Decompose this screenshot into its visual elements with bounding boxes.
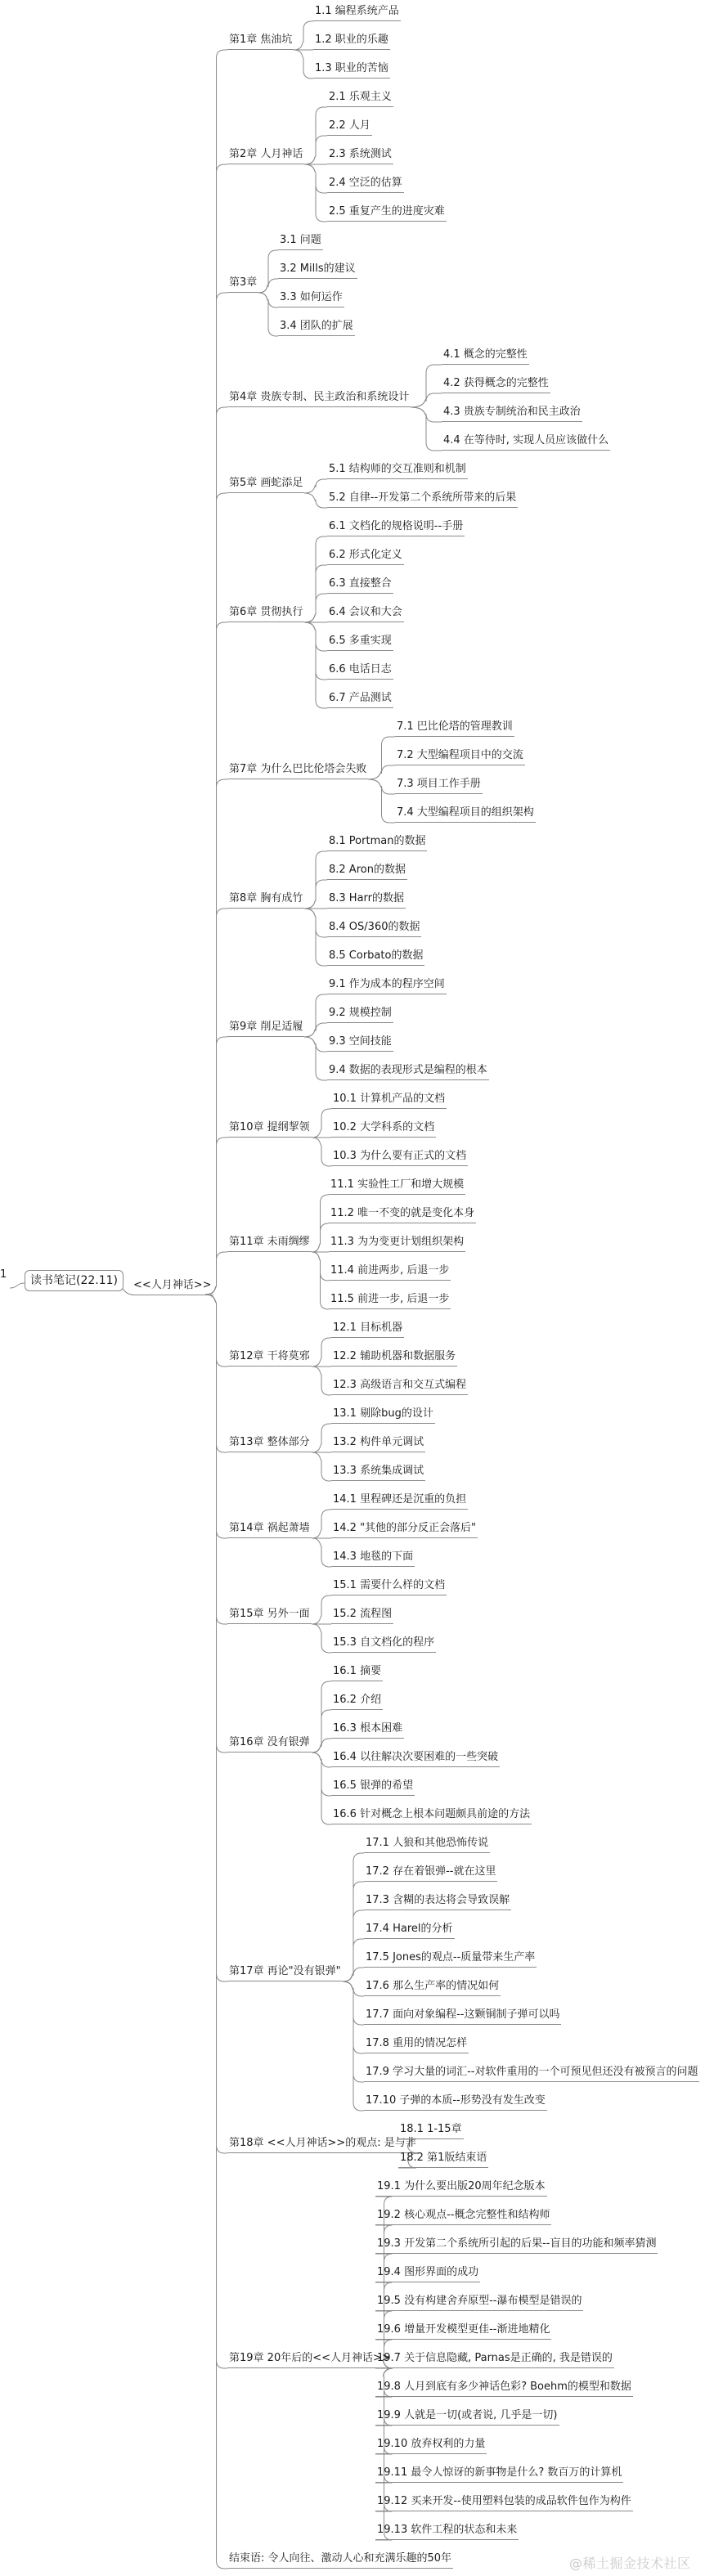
- section-node[interactable]: 4.3 贵族专制统治和民主政治: [442, 406, 582, 422]
- chapter-node[interactable]: 第7章 为什么巴比伦塔会失败: [227, 763, 368, 779]
- section-node[interactable]: 2.3 系统测试: [327, 148, 393, 164]
- section-node[interactable]: 19.1 为什么要出版20周年纪念版本: [375, 2180, 547, 2197]
- section-node[interactable]: 10.1 计算机产品的文档: [331, 1093, 447, 1109]
- section-node[interactable]: 17.5 Jones的观点--质量带来生产率: [364, 1951, 537, 1968]
- chapter-node[interactable]: 第15章 另外一面: [227, 1608, 312, 1624]
- section-node[interactable]: 6.2 形式化定义: [327, 549, 404, 565]
- section-node[interactable]: 5.2 自律--开发第二个系统所带来的后果: [327, 491, 518, 508]
- section-node[interactable]: 14.1 里程碑还是沉重的负担: [331, 1493, 468, 1510]
- chapter-node[interactable]: 第14章 祸起萧墙: [227, 1522, 312, 1538]
- section-node[interactable]: 7.1 巴比伦塔的管理教训: [395, 720, 514, 737]
- section-node[interactable]: 16.4 以往解决次要困难的一些突破: [331, 1751, 500, 1767]
- section-node[interactable]: 9.1 作为成本的程序空间: [327, 978, 447, 994]
- section-node[interactable]: 19.11 最令人惊讶的新事物是什么? 数百万的计算机: [375, 2466, 623, 2483]
- section-node[interactable]: 3.1 问题: [278, 234, 323, 250]
- section-node[interactable]: 17.8 重用的情况怎样: [364, 2037, 469, 2053]
- chapter-node[interactable]: 第16章 没有银弹: [227, 1736, 312, 1752]
- section-node[interactable]: 8.2 Aron的数据: [327, 864, 407, 880]
- section-node[interactable]: 2.4 空泛的估算: [327, 177, 404, 193]
- section-node[interactable]: 19.2 核心观点--概念完整性和结构师: [375, 2209, 551, 2225]
- section-node[interactable]: 12.2 辅助机器和数据服务: [331, 1350, 457, 1367]
- section-node[interactable]: 17.2 存在着银弹--就在这里: [364, 1865, 497, 1882]
- section-node[interactable]: 13.3 系统集成调试: [331, 1465, 425, 1481]
- section-node[interactable]: 12.3 高级语言和交互式编程: [331, 1379, 468, 1395]
- section-node[interactable]: 19.8 人月到底有多少神话色彩? Boehm的模型和数据: [375, 2381, 633, 2397]
- section-node[interactable]: 6.3 直接整合: [327, 577, 393, 594]
- section-node[interactable]: 19.7 关于信息隐藏, Parnas是正确的, 我是错误的: [375, 2352, 614, 2368]
- mindmap-canvas: 1 读书笔记(22.11) <<人月神话>> 第1章 焦油坑1.1 编程系统产品…: [0, 0, 723, 2576]
- section-node[interactable]: 1.3 职业的苦恼: [313, 62, 390, 79]
- chapter-node[interactable]: 第2章 人月神话: [227, 148, 304, 164]
- section-node[interactable]: 16.6 针对概念上根本问题颇具前途的方法: [331, 1808, 532, 1824]
- section-node[interactable]: 11.5 前进一步, 后退一步: [329, 1293, 451, 1309]
- section-node[interactable]: 17.1 人狼和其他恐怖传说: [364, 1837, 490, 1853]
- book-node[interactable]: <<人月神话>>: [132, 1279, 213, 1295]
- chapter-node[interactable]: 第12章 干将莫邪: [227, 1350, 312, 1367]
- section-node[interactable]: 10.2 大学科系的文档: [331, 1121, 436, 1138]
- section-node[interactable]: 19.6 增量开发模型更佳--渐进地精化: [375, 2323, 551, 2340]
- section-node[interactable]: 6.1 文档化的规格说明--手册: [327, 520, 465, 536]
- section-node[interactable]: 15.2 流程图: [331, 1608, 393, 1624]
- section-node[interactable]: 1.2 职业的乐趣: [313, 34, 390, 50]
- chapter-node[interactable]: 第11章 未雨绸缪: [227, 1236, 312, 1252]
- section-node[interactable]: 9.4 数据的表现形式是编程的根本: [327, 1064, 489, 1080]
- chapter-node[interactable]: 结束语: 令人向往、激动人心和充满乐趣的50年: [227, 2552, 453, 2569]
- section-node[interactable]: 4.2 获得概念的完整性: [442, 377, 550, 393]
- section-node[interactable]: 19.10 放弃权利的力量: [375, 2438, 487, 2454]
- section-node[interactable]: 14.2 "其他的部分反正会落后": [331, 1522, 478, 1538]
- section-node[interactable]: 8.5 Corbato的数据: [327, 949, 424, 966]
- section-node[interactable]: 2.1 乐观主义: [327, 91, 393, 107]
- section-node[interactable]: 6.6 电话日志: [327, 663, 393, 680]
- section-node[interactable]: 9.3 空间技能: [327, 1035, 393, 1052]
- section-node[interactable]: 8.3 Harr的数据: [327, 892, 406, 909]
- section-node[interactable]: 19.5 没有构建舍弃原型--瀑布模型是错误的: [375, 2295, 583, 2311]
- section-node[interactable]: 18.2 第1版结束语: [398, 2152, 488, 2168]
- chapter-node[interactable]: 第18章 <<人月神话>>的观点: 是与非: [227, 2137, 418, 2153]
- section-node[interactable]: 16.2 介绍: [331, 1694, 383, 1710]
- section-node[interactable]: 3.4 团队的扩展: [278, 320, 355, 336]
- section-node[interactable]: 3.2 Mills的建议: [278, 263, 357, 279]
- section-node[interactable]: 5.1 结构师的交互准则和机制: [327, 463, 468, 479]
- section-node[interactable]: 2.2 人月: [327, 119, 372, 136]
- section-node[interactable]: 16.3 根本困难: [331, 1722, 404, 1739]
- section-node[interactable]: 17.9 学习大量的词汇--对软件重用的一个可预见但还没有被预言的问题: [364, 2066, 699, 2082]
- section-node[interactable]: 4.1 概念的完整性: [442, 348, 529, 365]
- section-node[interactable]: 16.1 摘要: [331, 1665, 383, 1681]
- section-node[interactable]: 14.3 地毯的下面: [331, 1551, 415, 1567]
- section-node[interactable]: 19.12 买来开发--使用塑料包装的成品软件包作为构件: [375, 2495, 633, 2511]
- chapter-node[interactable]: 第13章 整体部分: [227, 1436, 312, 1452]
- section-node[interactable]: 7.2 大型编程项目中的交流: [395, 749, 525, 765]
- section-node[interactable]: 16.5 银弹的希望: [331, 1779, 415, 1796]
- section-node[interactable]: 11.4 前进两步, 后退一步: [329, 1264, 451, 1281]
- section-node[interactable]: 11.1 实验性工厂和增大规模: [329, 1178, 465, 1195]
- section-node[interactable]: 13.2 构件单元调试: [331, 1436, 425, 1452]
- section-node[interactable]: 12.1 目标机器: [331, 1322, 404, 1338]
- section-node[interactable]: 11.3 为为变更计划组织架构: [329, 1236, 465, 1252]
- section-node[interactable]: 19.4 图形界面的成功: [375, 2266, 480, 2282]
- section-node[interactable]: 2.5 重复产生的进度灾难: [327, 205, 447, 222]
- chapter-node[interactable]: 第6章 贯彻执行: [227, 606, 304, 622]
- section-node[interactable]: 19.3 开发第二个系统所引起的后果--盲目的功能和频率猜测: [375, 2237, 658, 2254]
- section-node[interactable]: 6.4 会议和大会: [327, 606, 404, 622]
- section-node[interactable]: 11.2 唯一不变的就是变化本身: [329, 1207, 476, 1223]
- section-node[interactable]: 17.6 那么生产率的情况如何: [364, 1980, 501, 1996]
- chapter-node[interactable]: 第19章 20年后的<<人月神话>>: [227, 2352, 393, 2368]
- chapter-node[interactable]: 第3章: [227, 276, 258, 293]
- watermark: @稀土掘金技术社区: [569, 2553, 691, 2572]
- section-node[interactable]: 15.3 自文档化的程序: [331, 1636, 436, 1653]
- section-node[interactable]: 3.3 如何运作: [278, 291, 344, 307]
- section-node[interactable]: 6.5 多重实现: [327, 635, 393, 651]
- section-node[interactable]: 8.4 OS/360的数据: [327, 921, 421, 937]
- section-node[interactable]: 17.10 子弹的本质--形势没有发生改变: [364, 2094, 547, 2111]
- section-node[interactable]: 1.1 编程系统产品: [313, 5, 401, 21]
- section-node[interactable]: 4.4 在等待时, 实现人员应该做什么: [442, 434, 610, 451]
- section-node[interactable]: 18.1 1-15章: [398, 2123, 464, 2139]
- section-node[interactable]: 17.4 Harel的分析: [364, 1923, 455, 1939]
- root-node[interactable]: 读书笔记(22.11): [25, 1270, 123, 1291]
- chapter-node[interactable]: 第4章 贵族专制、民主政治和系统设计: [227, 391, 411, 407]
- section-node[interactable]: 17.7 面向对象编程--这颗铜制子弹可以吗: [364, 2008, 561, 2025]
- section-node[interactable]: 7.3 项目工作手册: [395, 778, 483, 794]
- chapter-node[interactable]: 第17章 再论"没有银弹": [227, 1965, 343, 1981]
- section-node[interactable]: 19.9 人就是一切(或者说, 几乎是一切): [375, 2409, 559, 2426]
- section-node[interactable]: 10.3 为什么要有正式的文档: [331, 1150, 468, 1166]
- section-node[interactable]: 15.1 需要什么样的文档: [331, 1579, 447, 1595]
- section-node[interactable]: 6.7 产品测试: [327, 692, 393, 708]
- section-node[interactable]: 17.3 含糊的表达将会导致误解: [364, 1894, 511, 1910]
- section-node[interactable]: 13.1 剔除bug的设计: [331, 1407, 435, 1424]
- section-node[interactable]: 8.1 Portman的数据: [327, 835, 427, 851]
- chapter-node[interactable]: 第10章 提纲挈领: [227, 1121, 312, 1138]
- chapter-node[interactable]: 第5章 画蛇添足: [227, 477, 304, 493]
- section-node[interactable]: 7.4 大型编程项目的组织架构: [395, 806, 536, 823]
- chapter-node[interactable]: 第1章 焦油坑: [227, 34, 294, 50]
- section-node[interactable]: 19.13 软件工程的状态和未来: [375, 2524, 519, 2540]
- chapter-node[interactable]: 第9章 削足适履: [227, 1021, 304, 1037]
- section-node[interactable]: 9.2 规模控制: [327, 1007, 393, 1023]
- root-index-label[interactable]: 1: [0, 1268, 7, 1281]
- chapter-node[interactable]: 第8章 胸有成竹: [227, 892, 304, 909]
